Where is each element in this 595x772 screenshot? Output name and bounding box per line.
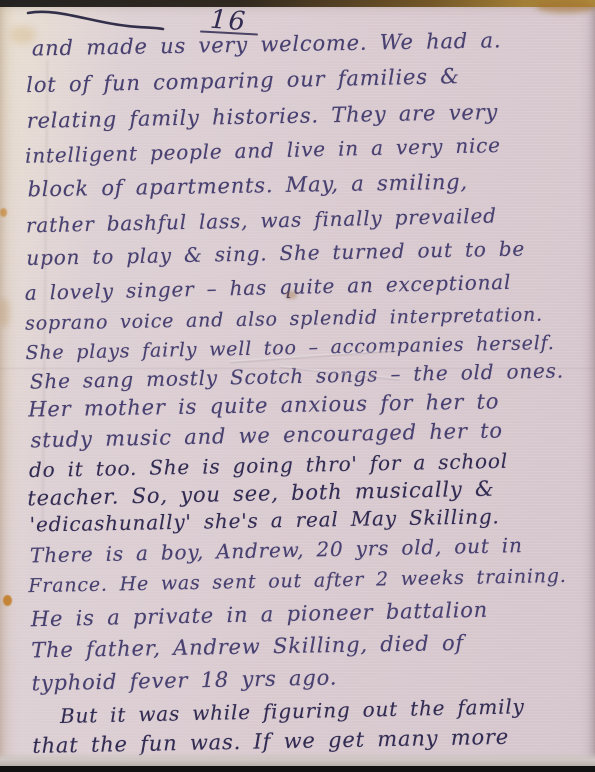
letter-body: and made us very welcome. We had a. lot … <box>0 0 595 772</box>
letter-line: upon to play & sing. She turned out to b… <box>26 236 525 276</box>
letter-line: The father, Andrew Skilling, died of <box>31 631 464 669</box>
scan-edge-bottom <box>0 766 595 772</box>
letter-line: and made us very welcome. We had a. <box>32 28 502 66</box>
scanned-letter-page: 16 and made us very welcome. We had a. l… <box>0 0 595 772</box>
letter-line: block of apartments. May, a smiling, <box>27 170 468 208</box>
letter-line: lot of fun comparing our families & <box>26 64 460 103</box>
letter-line: relating family histories. They are very <box>26 100 498 139</box>
letter-line: intelligent people and live in a very ni… <box>25 133 501 174</box>
letter-line: typhoid fever 18 yrs ago. <box>31 665 337 701</box>
scan-edge-bottom-paper <box>0 752 595 766</box>
